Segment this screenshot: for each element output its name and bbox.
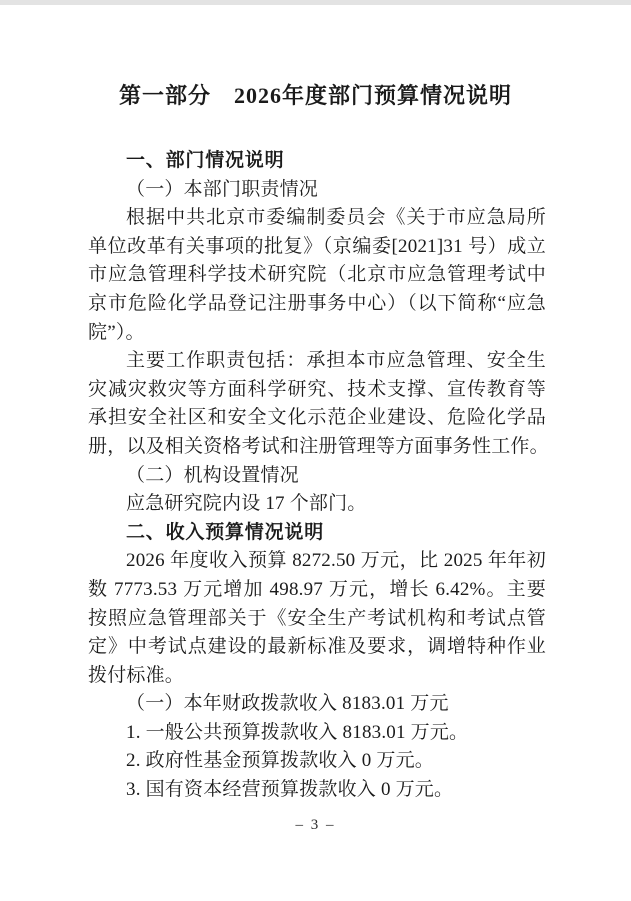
paragraph-line: 拨付标准。 [88,662,546,691]
subsection-heading: （二）机构设置情况 [88,462,546,491]
paragraph-line: 定》中考试点建设的最新标准及要求，调增特种作业考务费 [88,633,546,662]
paragraph-line: 根据中共北京市委编制委员会《关于市应急局所属事业 [88,204,546,233]
section-heading-1: 一、部门情况说明 [88,147,546,176]
paragraph-line: 院”）。 [88,319,546,348]
page-top-edge-strip [0,0,631,5]
paragraph-line: 数 7773.53 万元增加 498.97 万元，增长 6.42%。主要原因是 [88,576,546,605]
paragraph-line: 京市危险化学品登记注册事务中心）（以下简称“应急研究 [88,290,546,319]
paragraph-line: 2026 年度收入预算 8272.50 万元，比 2025 年年初预算 [88,547,546,576]
section-heading-2: 二、收入预算情况说明 [88,519,546,548]
document-title: 第一部分 2026年度部门预算情况说明 [0,79,631,110]
page-number: – 3 – [0,817,631,834]
paragraph-line: 单位改革有关事项的批复》（京编委[2021]31 号）成立北京 [88,233,546,262]
list-item-line: 2. 政府性基金预算拨款收入 0 万元。 [88,747,546,776]
paragraph-line: 应急研究院内设 17 个部门。 [88,490,546,519]
paragraph-line: 按照应急管理部关于《安全生产考试机构和考试点管理规 [88,605,546,634]
paragraph-line: 灾减灾救灾等方面科学研究、技术支撑、宣传教育等工作； [88,376,546,405]
paragraph-line: 市应急管理科学技术研究院（北京市应急管理考试中心、北 [88,261,546,290]
document-body: 一、部门情况说明 （一）本部门职责情况 根据中共北京市委编制委员会《关于市应急局… [88,147,546,805]
subsection-heading: （一）本部门职责情况 [88,176,546,205]
subsection-heading: （一）本年财政拨款收入 8183.01 万元 [88,690,546,719]
paragraph-line: 承担安全社区和安全文化示范企业建设、危险化学品登记注 [88,404,546,433]
list-item-line: 1. 一般公共预算拨款收入 8183.01 万元。 [88,719,546,748]
paragraph-line: 主要工作职责包括：承担本市应急管理、安全生产、防 [88,347,546,376]
list-item-line: 3. 国有资本经营预算拨款收入 0 万元。 [88,776,546,805]
paragraph-line: 册，以及相关资格考试和注册管理等方面事务性工作。 [88,433,546,462]
